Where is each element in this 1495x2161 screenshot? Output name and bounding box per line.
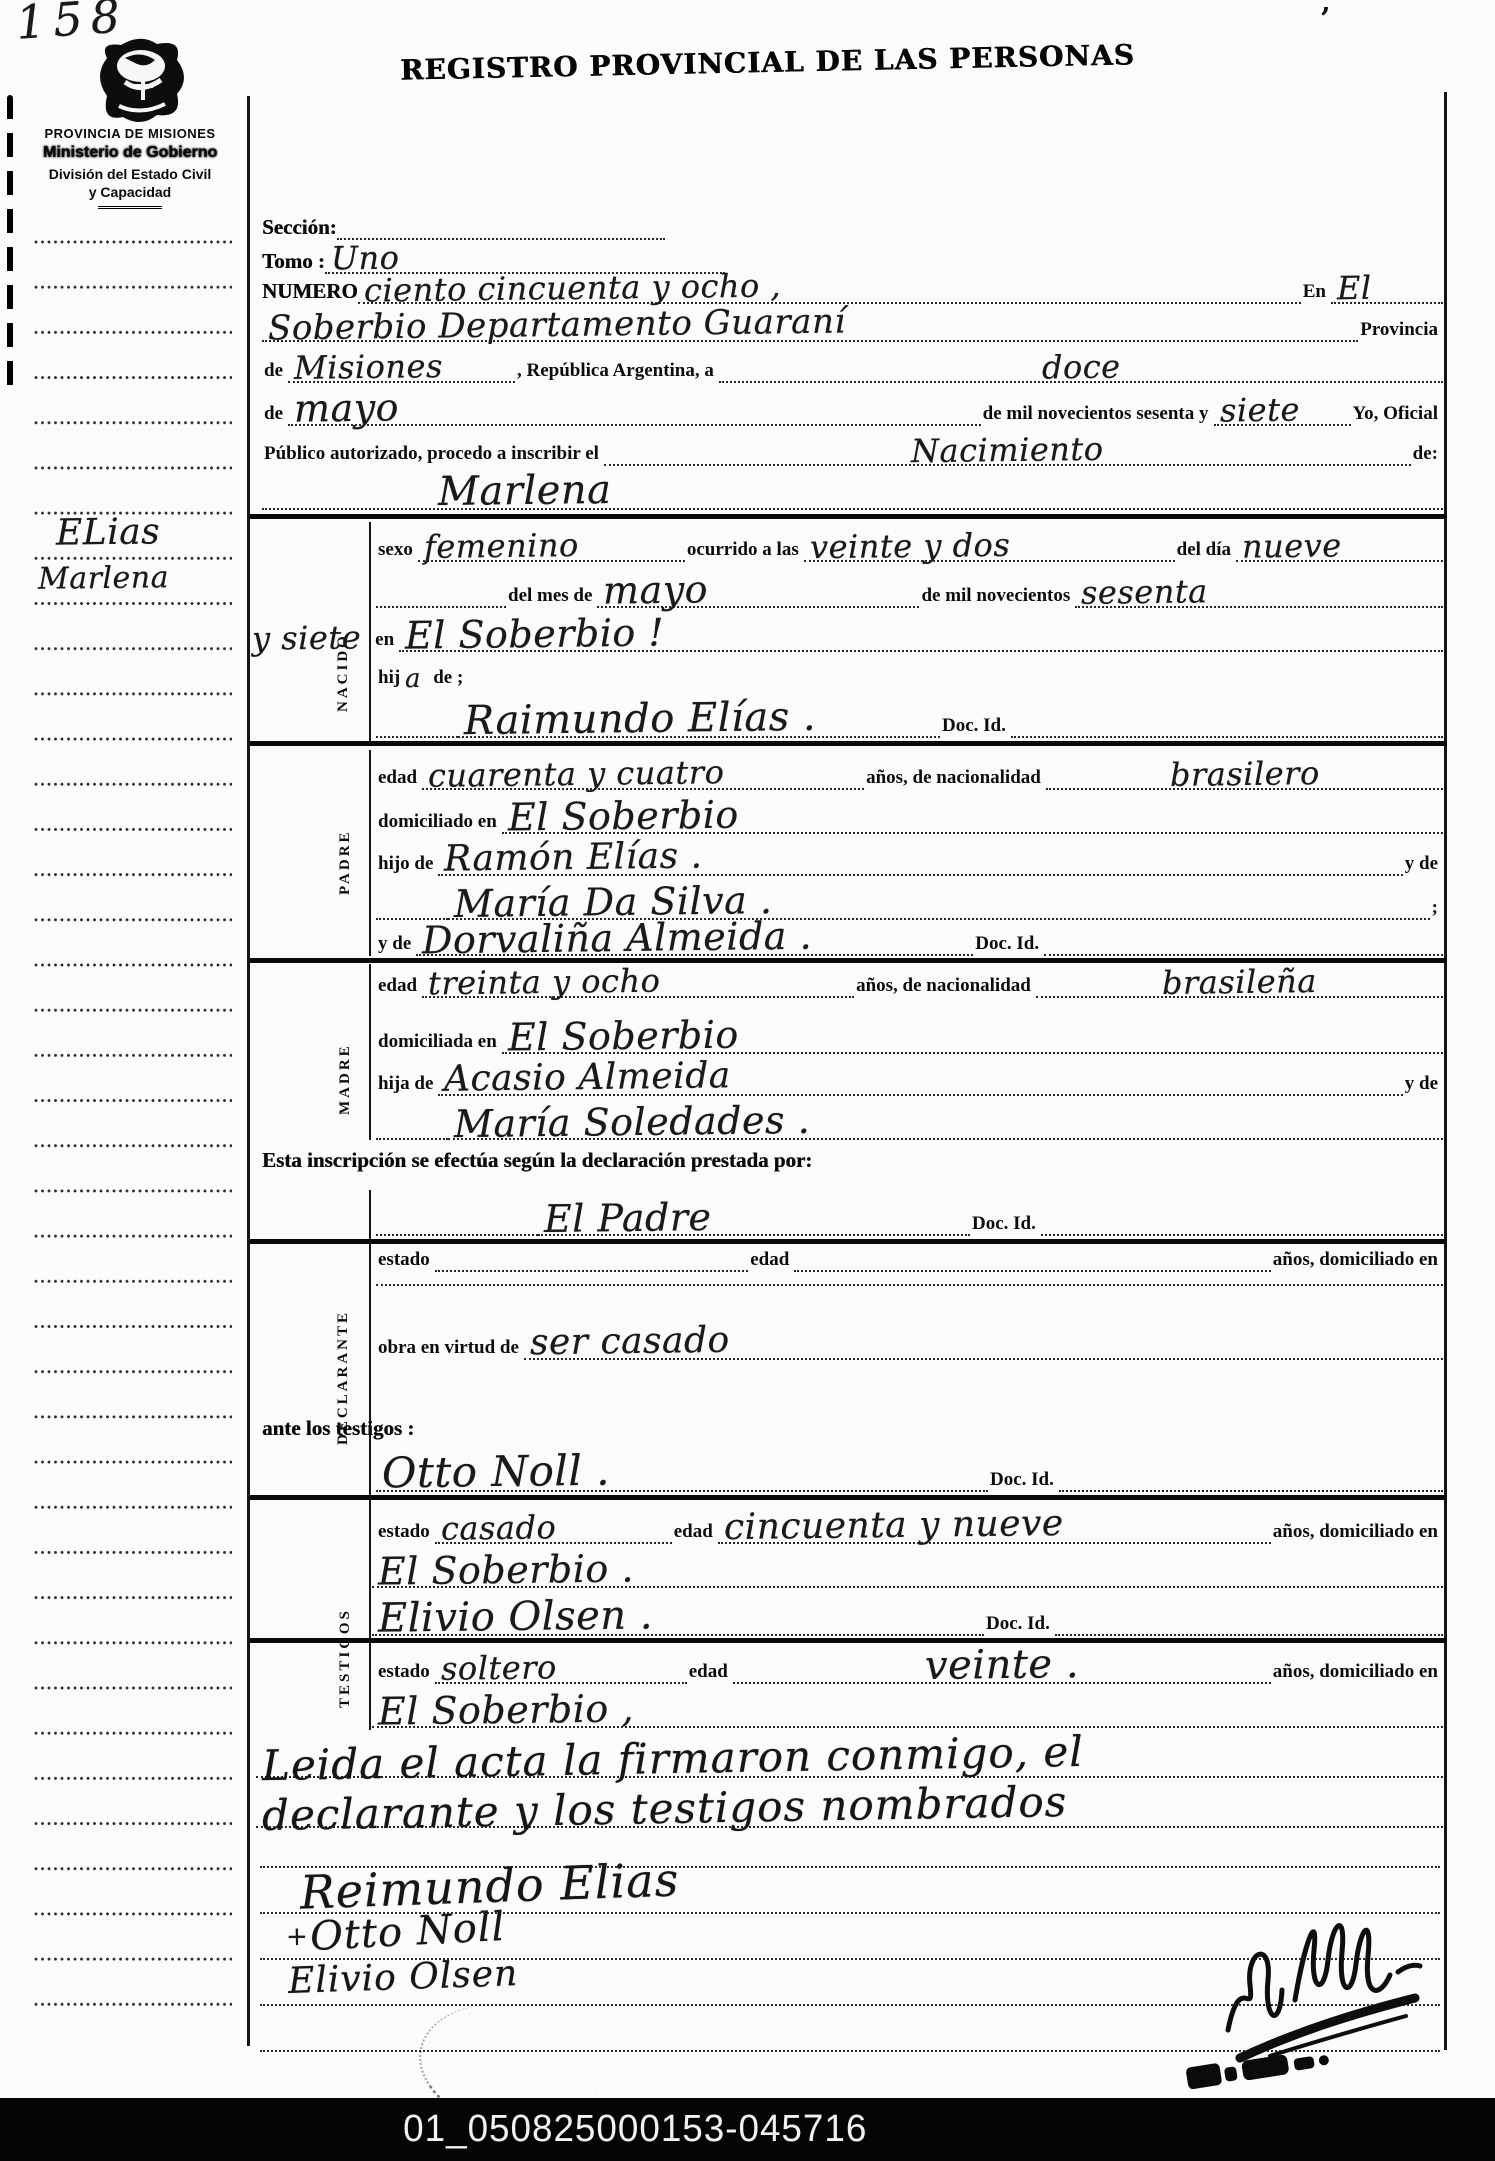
nacido-en-label: en (373, 629, 399, 652)
page-title: REGISTRO PROVINCIAL DE LAS PERSONAS (400, 38, 1135, 86)
row-testigo2-estado: estado soltero edad veinte . años, domic… (376, 1636, 1443, 1684)
hora-label: ocurrido a las (685, 539, 804, 562)
row-month-year: de mayo de mil novecientos sesenta y sie… (262, 378, 1443, 426)
row-hija-de: hij a de ; (376, 650, 595, 690)
row-testigo2-domicilio: El Soberbio , (372, 1680, 1443, 1728)
row-padre-domicilio: domiciliado en El Soberbio (376, 786, 1443, 834)
org-rule (98, 206, 162, 209)
dia-label: del día (1175, 539, 1236, 562)
testigo1-nombre-value: Otto Noll . (382, 1453, 610, 1491)
org-division-line2: y Capacidad (16, 184, 244, 200)
row-mes: del mes de mayo de mil novecientos sesen… (376, 562, 1443, 608)
testigo1-doc-label: Doc. Id. (988, 1469, 1059, 1492)
row-padre-edad: edad cuarenta y cuatro años, de nacional… (376, 742, 1443, 790)
padre-rule (369, 750, 371, 956)
org-ministry: Ministerio de Gobierno (16, 144, 244, 162)
declarante-edad-label: edad (748, 1249, 794, 1272)
scan-edge-streak (7, 95, 13, 390)
row-abuela-materna: María Soledades . (376, 1092, 1443, 1140)
madre-nac-label: años, de nacionalidad (854, 975, 1036, 998)
row-cierre-2: declarante y los testigos nombrados (256, 1772, 1443, 1828)
blank-dotted-line (376, 1284, 1443, 1286)
madre-domicilio-value: El Soberbio (508, 1018, 739, 1053)
hora-value: veinte y dos (810, 532, 1011, 562)
section-label-madre: MADRE (337, 995, 354, 1115)
testigos-intro: ante los testigos : (262, 1416, 414, 1441)
signature-witness1: Otto Noll (309, 1911, 506, 1953)
madre-rule (369, 964, 371, 1140)
footer-code: 01_050825000153-045716 (403, 2108, 867, 2151)
signature-cross-mark: + (286, 1926, 309, 1948)
padre-nacionalidad-value: brasilero (1169, 760, 1319, 789)
row-cierre-1: Leida el acta la firmaron conmigo, el (256, 1722, 1443, 1778)
inscripto-name-value: Marlena (438, 473, 612, 509)
nacido-anio-label: de mil novecientos (919, 585, 1075, 608)
row-province: de Misiones , República Argentina, a doc… (262, 336, 1443, 383)
madre-nacionalidad-value: brasileña (1162, 968, 1317, 997)
section-label-padre: PADRE (337, 775, 354, 895)
row-sexo: sexo femenino ocurrido a las veinte y do… (376, 516, 1443, 562)
abuela-materna-value: María Soledades . (454, 1104, 810, 1141)
row-abuelo-materno: hija de Acasio Almeida y de (376, 1050, 1443, 1096)
testigo2-estado-value: soltero (441, 1654, 557, 1683)
row-madre-nombre: y de Dorvaliña Almeida . Doc. Id. (376, 906, 1443, 956)
obra-value: ser casado (530, 1326, 730, 1359)
row-lugar: y siete en El Soberbio ! (252, 606, 1443, 652)
scanned-birth-certificate: 158 ’ PROVINCIA DE MISIONES Ministerio d… (0, 0, 1495, 2161)
declaracion-intro: Esta inscripción se efectúa según la dec… (262, 1148, 812, 1173)
testigo2-nombre-value: Elivio Olsen . (378, 1598, 653, 1635)
padre-domicilio-value: El Soberbio (508, 798, 739, 833)
lugar-value: El Soberbio ! (405, 616, 664, 651)
testigo2-edad-value: veinte . (925, 1647, 1079, 1683)
nacido-doc-label: Doc. Id. (940, 715, 1011, 738)
signature-witness2: Elivio Olsen (288, 1960, 519, 1997)
row-testigo1-nombre: Otto Noll . Doc. Id. (376, 1440, 1443, 1492)
row-testigo2-nombre: Elivio Olsen . Doc. Id. (372, 1584, 1443, 1636)
apostrophe-mark: ’ (1320, 2, 1330, 37)
provincial-seal-icon (95, 36, 191, 128)
abuelo-materno-value: Acasio Almeida (444, 1062, 731, 1096)
footer-code-bar: 01_050825000153-045716 (0, 2098, 1495, 2161)
sexo-label: sexo (376, 539, 418, 562)
row-padre-nombre: Raimundo Elías . Doc. Id. (376, 688, 1443, 738)
margin-note-surname: ELias (56, 517, 161, 549)
margin-note-given-name: Marlena (38, 565, 169, 592)
row-testigo1-estado: estado casado edad cincuenta y nueve año… (376, 1496, 1443, 1544)
declarante-estado-label: estado (376, 1249, 435, 1272)
row-madre-edad: edad treinta y ocho años, de nacionalida… (376, 950, 1443, 998)
org-province: PROVINCIA DE MISIONES (16, 126, 244, 141)
mes-label: del mes de (506, 585, 597, 608)
row-declarante-estado: estado edad años, domiciliado en (376, 1228, 1443, 1272)
testigo1-edad-value: cincuenta y nueve (724, 1509, 1064, 1544)
row-abuelo-paterno: hijo de Ramón Elías . y de (376, 830, 1443, 876)
testigos-rule (369, 1448, 371, 1730)
testigo1-domicilio-value: El Soberbio . (378, 1552, 634, 1587)
madre-edad-value: treinta y ocho (428, 967, 661, 997)
hijo-label: hij (376, 667, 405, 690)
margin-ruled-lines (34, 240, 232, 2018)
section-label-testigos: TESTIGOS (337, 1548, 354, 1708)
org-division-line1: División del Estado Civil (16, 166, 244, 182)
org-heading: PROVINCIA DE MISIONES Ministerio de Gobi… (16, 126, 244, 209)
obra-label: obra en virtud de (376, 1337, 524, 1360)
row-inscripto-name: Marlena (262, 458, 1443, 510)
form-left-border (247, 96, 250, 2046)
mes-value: mayo (603, 573, 708, 607)
row-place: Soberbio Departamento Guaraní Provincia (262, 294, 1443, 342)
madre-edad-label: edad (376, 975, 422, 998)
dia-value: nueve (1242, 532, 1342, 560)
row-testigo1-domicilio: El Soberbio . (372, 1540, 1443, 1588)
cierre-linea2: declarante y los testigos nombrados (262, 1785, 1068, 1833)
hijo-de-label: de ; (431, 667, 468, 690)
row-obra-en-virtud: obra en virtud de ser casado (376, 1312, 1443, 1360)
hijo-a-overwrite: a (405, 668, 421, 690)
testigo1-estado-value: casado (441, 1514, 557, 1543)
padre-nombre-value: Raimundo Elías . (464, 700, 817, 738)
declarante-dom-label: años, domiciliado en (1271, 1249, 1443, 1272)
form-right-border (1444, 92, 1447, 2050)
testigo2-doc-label: Doc. Id. (984, 1613, 1055, 1636)
nacido-anio-value: sesenta (1081, 578, 1208, 607)
row-madre-domicilio: domiciliada en El Soberbio (376, 1006, 1443, 1054)
abuelo-paterno-value: Ramón Elías . (444, 842, 703, 876)
anio2-value: y siete (252, 624, 361, 653)
official-stamp (1179, 2026, 1346, 2106)
sexo-value: femenino (424, 532, 579, 561)
